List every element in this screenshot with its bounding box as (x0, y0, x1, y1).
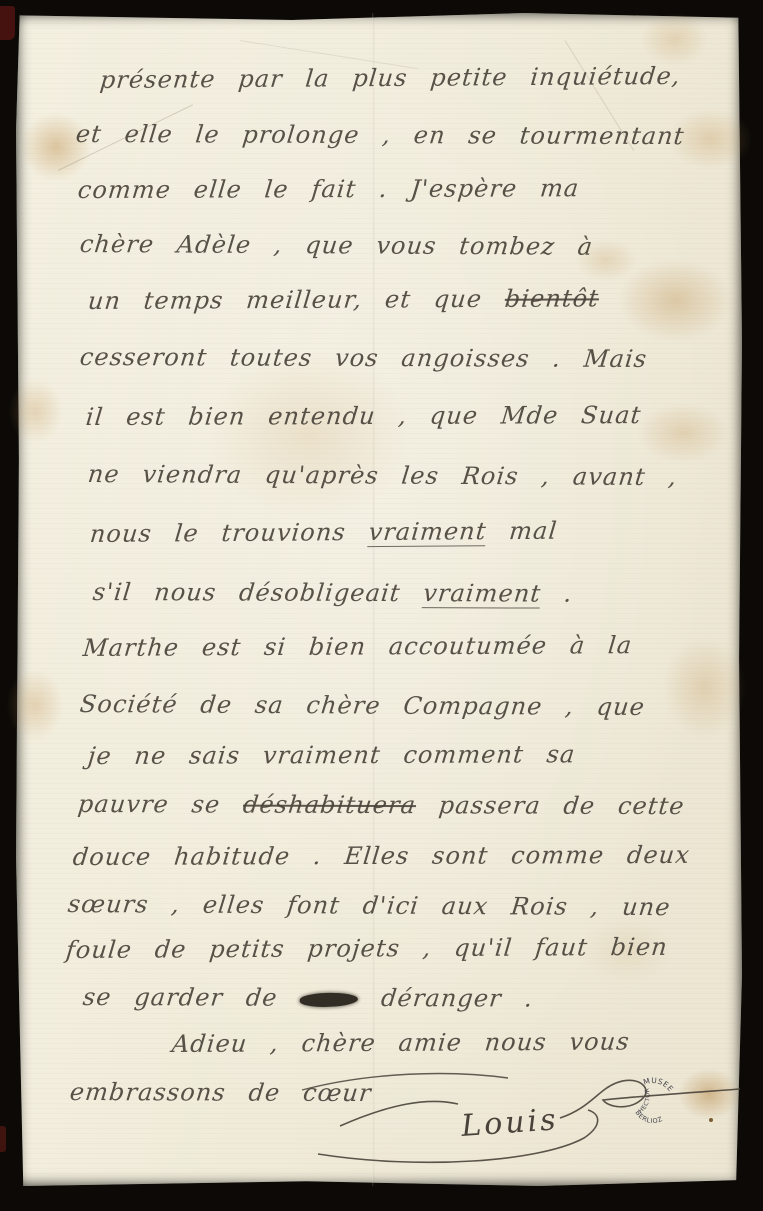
signature-flourish (340, 1101, 458, 1126)
signature-and-stamp-layer: Louis MUSEE BERLIOZ HECTOR (0, 0, 763, 1211)
stamp-text-bottom: BERLIOZ (632, 1107, 666, 1128)
photographed-letter: présente par la plus petite inquiétude,e… (0, 0, 763, 1211)
signature-name: Louis (459, 1102, 559, 1144)
signature: Louis (318, 1080, 740, 1162)
closing-flourish (302, 1074, 508, 1090)
svg-text:BERLIOZ: BERLIOZ (632, 1107, 666, 1128)
museum-stamp: MUSEE BERLIOZ HECTOR (630, 1072, 677, 1129)
